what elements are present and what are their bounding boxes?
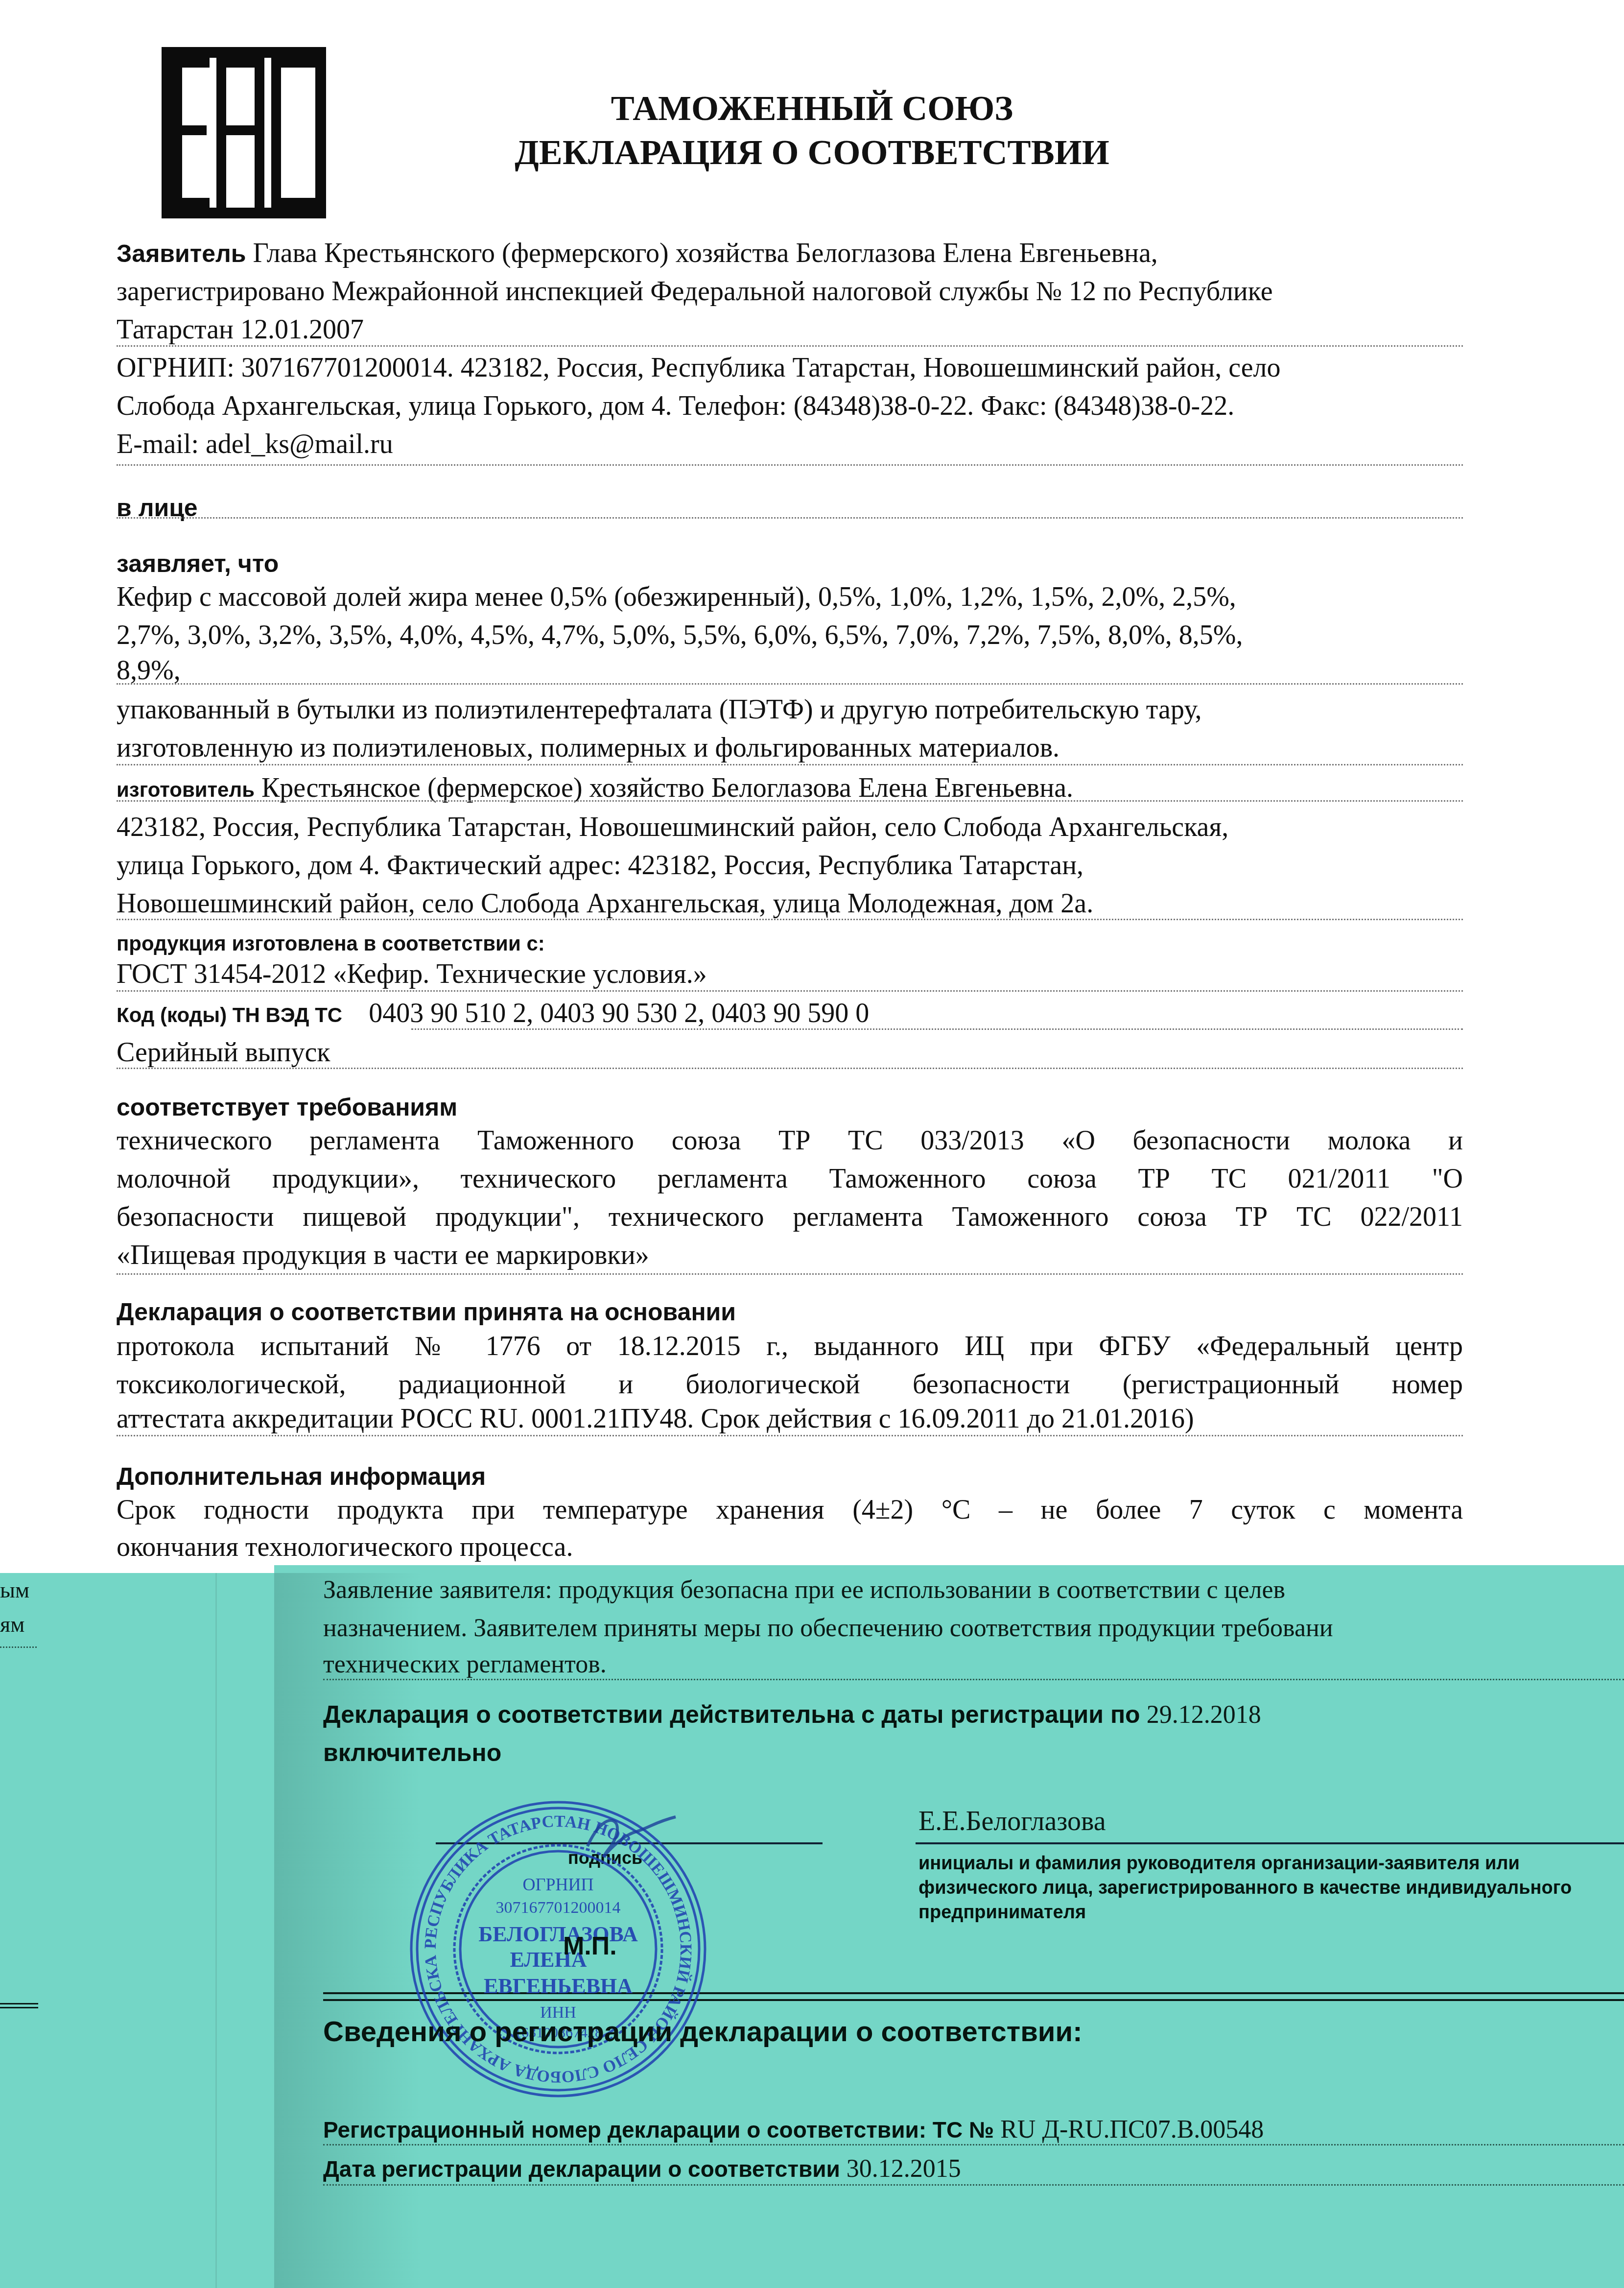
- statement-line3: технических регламентов.: [323, 1645, 607, 1684]
- declares-label: заявляет, что: [117, 545, 1463, 583]
- registration-title: Сведения о регистрации декларации о соот…: [323, 2013, 1082, 2051]
- product-line1: Кефир с массовой долей жира менее 0,5% (…: [117, 578, 1463, 616]
- basis-line3: аттестата аккредитации РОСС RU. 0001.21П…: [117, 1400, 1463, 1438]
- manufacturer-label: изготовитель: [117, 778, 255, 801]
- packaging-line1: упакованный в бутылки из полиэтилентереф…: [117, 691, 1463, 729]
- manufacturer-line: изготовитель Крестьянское (фермерское) х…: [117, 769, 1463, 809]
- divider: [117, 990, 1463, 992]
- statement-line2: назначением. Заявителем приняты меры по …: [323, 1609, 1333, 1647]
- divider: [117, 683, 1463, 685]
- validity-label: Декларация о соответствии действительна …: [323, 1701, 1140, 1728]
- divider: [323, 2184, 1624, 2186]
- release-type: Серийный выпуск: [117, 1033, 1463, 1072]
- applicant-line3: Татарстан 12.01.2007: [117, 310, 1463, 349]
- hs-codes-value: 0403 90 510 2, 0403 90 530 2, 0403 90 59…: [369, 998, 869, 1028]
- divider: [117, 800, 1463, 802]
- additional-info-label: Дополнительная информация: [117, 1457, 1463, 1496]
- product-line2: 2,7%, 3,0%, 3,2%, 3,5%, 4,0%, 4,5%, 4,7%…: [117, 616, 1463, 654]
- validity-date: 29.12.2018: [1147, 1701, 1261, 1729]
- validity-line: Декларация о соответствии действительна …: [323, 1695, 1261, 1734]
- manufacturer-address2: улица Горького, дом 4. Фактический адрес…: [117, 846, 1463, 884]
- divider: [0, 1646, 37, 1648]
- additional-info-line2: окончания технологического процесса.: [117, 1528, 1463, 1566]
- requirements-line3: безопасности пищевой продукции", техниче…: [117, 1198, 1463, 1236]
- left-fragment: ям: [0, 1611, 24, 1637]
- left-fragment: ым: [0, 1577, 29, 1603]
- svg-text:ОГРНИП: ОГРНИП: [523, 1875, 594, 1894]
- reg-number-line: Регистрационный номер декларации о соотв…: [323, 2111, 1264, 2149]
- basis-label: Декларация о соответствии принята на осн…: [117, 1293, 1463, 1331]
- seal-stamp: РЕСПУБЛИКА ТАТАРСТАН НОВОШЕШМИНСКИЙ РАЙО…: [401, 1792, 715, 2106]
- applicant-email: E-mail: adel_ks@mail.ru: [117, 425, 1463, 463]
- reg-number-label: Регистрационный номер декларации о соотв…: [323, 2117, 994, 2143]
- applicant-line1: Заявитель Глава Крестьянского (фермерско…: [117, 234, 1463, 273]
- applicant-label: Заявитель: [117, 240, 246, 267]
- validity-suffix: включительно: [323, 1734, 501, 1772]
- reg-date-label: Дата регистрации декларации о соответств…: [323, 2156, 840, 2182]
- standard-value: ГОСТ 31454-2012 «Кефир. Технические усло…: [117, 955, 1463, 993]
- seal-caption: М.П.: [563, 1927, 617, 1965]
- divider: [117, 919, 1463, 920]
- title-customs-union: ТАМОЖЕННЫЙ СОЮЗ: [0, 88, 1624, 129]
- applicant-line4: ОГРНИП: 307167701200014. 423182, Россия,…: [117, 349, 1463, 387]
- signer-caption-2: физического лица, зарегистрированного в …: [918, 1876, 1572, 1900]
- basis-line2: токсикологической, радиационной и биолог…: [117, 1365, 1463, 1404]
- divider: [117, 764, 1463, 765]
- requirements-line2: молочной продукции», технического реглам…: [117, 1160, 1463, 1198]
- statement-line1: Заявление заявителя: продукция безопасна…: [323, 1571, 1285, 1609]
- manufacturer-name: Крестьянское (фермерское) хозяйство Бело…: [261, 773, 1073, 803]
- signer-caption-1: инициалы и фамилия руководителя организа…: [918, 1851, 1520, 1876]
- svg-text:ЕВГЕНЬЕВНА: ЕВГЕНЬЕВНА: [484, 1974, 633, 1998]
- applicant-line2: зарегистрировано Межрайонной инспекцией …: [117, 272, 1463, 310]
- divider: [323, 2144, 1624, 2145]
- divider: [117, 1068, 1463, 1069]
- divider: [0, 2003, 38, 2008]
- requirements-line4: «Пищевая продукция в части ее маркировки…: [117, 1236, 1463, 1274]
- reg-date-line: Дата регистрации декларации о соответств…: [323, 2150, 961, 2188]
- signer-name: Е.Е.Белоглазова: [918, 1802, 1106, 1840]
- name-line: [916, 1842, 1624, 1844]
- signer-caption-3: предпринимателя: [918, 1900, 1086, 1925]
- reg-date: 30.12.2015: [847, 2155, 961, 2183]
- hs-codes-label: Код (коды) ТН ВЭД ТС: [117, 1003, 342, 1026]
- divider: [117, 1273, 1463, 1275]
- applicant-name: Глава Крестьянского (фермерского) хозяйс…: [253, 238, 1158, 268]
- additional-info-line1: Срок годности продукта при температуре х…: [117, 1491, 1463, 1529]
- title-declaration: ДЕКЛАРАЦИЯ О СООТВЕТСТВИИ: [0, 132, 1624, 173]
- divider: [411, 1028, 1463, 1030]
- applicant-line5: Слобода Архангельская, улица Горького, д…: [117, 387, 1463, 425]
- divider: [323, 1679, 1624, 1680]
- requirements-label: соответствует требованиям: [117, 1088, 1463, 1126]
- divider: [117, 1435, 1463, 1436]
- manufacturer-address3: Новошешминский район, село Слобода Архан…: [117, 884, 1463, 923]
- page-edge-line: [215, 1573, 217, 2288]
- packaging-line2: изготовленную из полиэтиленовых, полимер…: [117, 729, 1463, 767]
- divider: [117, 517, 1463, 519]
- requirements-line1: технического регламента Таможенного союз…: [117, 1121, 1463, 1160]
- divider: [117, 464, 1463, 466]
- represented-by-label: в лице: [117, 489, 1463, 527]
- divider: [117, 345, 1463, 347]
- svg-text:307167701200014: 307167701200014: [496, 1899, 621, 1917]
- reg-number: RU Д-RU.ПС07.В.00548: [1000, 2116, 1264, 2144]
- basis-line1: протокола испытаний № 1776 от 18.12.2015…: [117, 1327, 1463, 1365]
- manufacturer-address1: 423182, Россия, Республика Татарстан, Но…: [117, 808, 1463, 846]
